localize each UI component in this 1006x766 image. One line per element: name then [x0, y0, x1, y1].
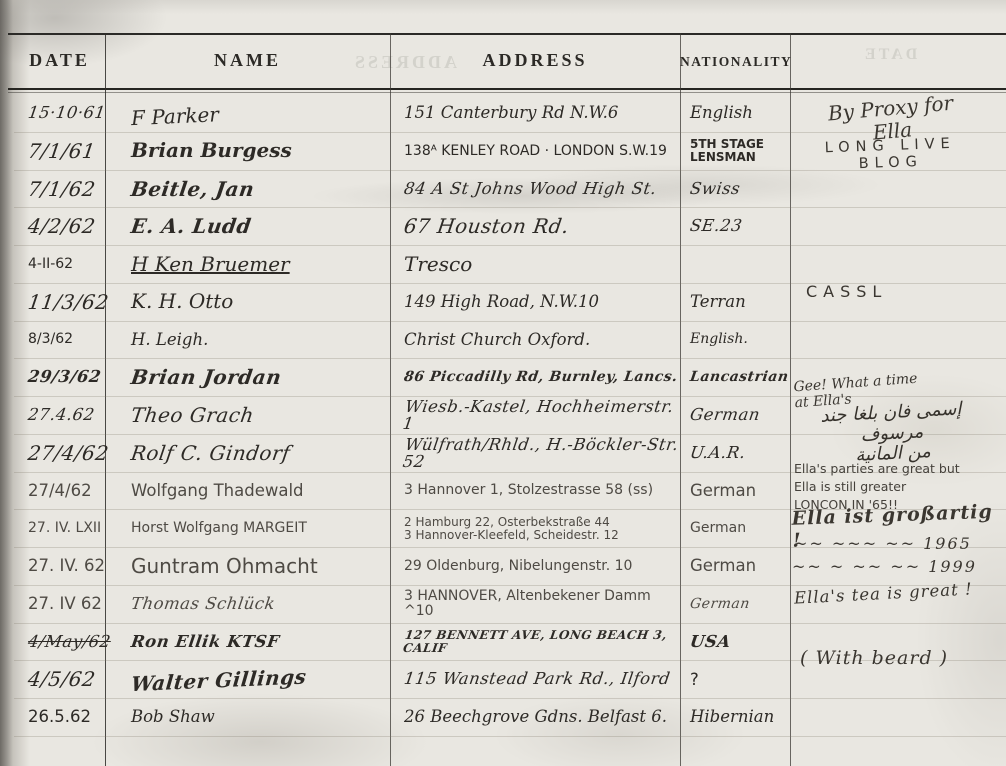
address-cell: 67 Houston Rd. — [387, 208, 682, 245]
nationality-cell: U.A.R. — [677, 435, 792, 472]
name-cell: Wolfgang Thadewald — [105, 473, 390, 510]
address-cell: 149 High Road, N.W.10 — [390, 284, 680, 321]
name-cell: F Parker — [104, 89, 390, 138]
address-cell: Wülfrath/Rhld., H.-Böckler-Str. 52 — [387, 435, 682, 472]
remark-note: LONG LIVE BLOG — [797, 135, 983, 175]
date-cell: 27. IV 62 — [14, 586, 105, 623]
name-cell: Theo Grach — [102, 397, 392, 434]
column-header-nationality: NATIONALITY — [680, 54, 790, 70]
nationality-cell: USA — [677, 624, 792, 661]
name-cell: Thomas Schlück — [102, 586, 392, 623]
date-cell: 27/4/62 — [11, 435, 107, 472]
address-cell: 26 Beechgrove Gdns. Belfast 6. — [390, 699, 680, 736]
name-cell: Walter Gillings — [103, 655, 391, 704]
table-top-rule — [8, 33, 1006, 35]
address-cell: 84 A St Johns Wood High St. — [387, 171, 682, 208]
name-cell: Ron Ellik KTSF — [102, 624, 392, 661]
remark-note: ( With beard ) — [800, 648, 948, 670]
bleedthrough-text: ADDRESS — [352, 52, 457, 73]
nationality-cell: 5TH STAGE LENSMAN — [680, 133, 790, 170]
address-cell: Wiesb.-Kastel, Hochheimerstr. 1 — [387, 397, 682, 434]
name-cell: Horst Wolfgang MARGEIT — [105, 510, 390, 547]
nationality-cell: Hibernian — [680, 699, 790, 736]
nationality-cell — [680, 246, 790, 283]
date-cell: 4/5/62 — [11, 661, 107, 698]
nationality-cell: German — [680, 510, 790, 547]
nationality-cell: English. — [680, 322, 790, 359]
table-row: 4/2/62 E. A. Ludd 67 Houston Rd. SE.23 — [14, 208, 1006, 246]
nationality-cell: German — [680, 473, 790, 510]
nationality-cell: Swiss — [677, 171, 792, 208]
date-cell: 15·10·61 — [11, 95, 107, 132]
name-cell: Guntram Ohmacht — [105, 548, 390, 585]
date-cell: 11/3/62 — [11, 284, 107, 321]
nationality-cell: English — [680, 95, 790, 132]
header-bottom-rule — [8, 88, 1006, 90]
address-cell: 86 Piccadilly Rd, Burnley, Lancs. — [387, 359, 682, 396]
name-cell: Rolf C. Gindorf — [102, 435, 392, 472]
bleedthrough-text: DATE — [862, 46, 917, 64]
table-row: 26.5.62 Bob Shaw 26 Beechgrove Gdns. Bel… — [14, 699, 1006, 737]
address-cell: Christ Church Oxford. — [390, 322, 680, 359]
name-cell: Beitle, Jan — [102, 171, 392, 208]
remark-note-illegible: ~~ ~ ~~ ~~ 1999 — [792, 558, 977, 576]
name-cell: Brian Jordan — [102, 359, 392, 396]
column-header-name: NAME — [105, 50, 390, 71]
date-cell: 8/3/62 — [14, 322, 105, 359]
name-cell: Brian Burgess — [105, 133, 390, 170]
remark-note-illegible: ~~ ~~~ ~~ 1965 — [794, 535, 972, 553]
date-cell: 27. IV. LXII — [14, 510, 105, 547]
address-cell: 115 Wanstead Park Rd., Ilford — [387, 661, 682, 698]
date-cell: 7/1/62 — [11, 171, 107, 208]
address-cell: 127 BENNETT AVE, LONG BEACH 3, CALIF — [387, 624, 682, 661]
remarks-cell — [790, 699, 1006, 736]
address-cell: 3 HANNOVER, Altenbekener Damm ^10 — [390, 586, 680, 623]
name-cell: H. Leigh. — [105, 322, 390, 359]
nationality-cell: Lancastrian — [677, 359, 792, 396]
guestbook-page: DATE NAME ADDRESS NATIONALITY ADDRESS DA… — [0, 0, 1006, 766]
remarks-cell — [790, 208, 1006, 245]
address-cell: 151 Canterbury Rd N.W.6 — [390, 95, 680, 132]
address-cell: 138ᴬ KENLEY ROAD · LONDON S.W.19 — [390, 133, 680, 170]
header-bottom-rule-thin — [8, 92, 1006, 93]
name-cell: K. H. Otto — [105, 284, 390, 321]
date-cell: 7/1/61 — [11, 133, 107, 170]
name-cell: H Ken Bruemer — [105, 246, 390, 283]
date-cell: 4-II-62 — [14, 246, 105, 283]
nationality-cell: German — [677, 586, 792, 623]
date-cell: 27. IV. 62 — [14, 548, 105, 585]
address-cell: 29 Oldenburg, Nibelungenstr. 10 — [390, 548, 680, 585]
nationality-cell: German — [677, 397, 792, 434]
address-cell: 2 Hamburg 22, Osterbekstraße 44 3 Hannov… — [390, 510, 680, 547]
date-cell: 26.5.62 — [14, 699, 105, 736]
nationality-cell: ? — [680, 661, 790, 698]
column-header-date: DATE — [14, 50, 105, 71]
name-cell: Bob Shaw — [105, 699, 390, 736]
date-cell: 29/3/62 — [11, 359, 107, 396]
name-cell: E. A. Ludd — [102, 208, 392, 245]
remarks-cell — [790, 246, 1006, 283]
table-row: 8/3/62 H. Leigh. Christ Church Oxford. E… — [14, 322, 1006, 360]
table-row: 4-II-62 H Ken Bruemer Tresco — [14, 246, 1006, 284]
table-row: 7/1/62 Beitle, Jan 84 A St Johns Wood Hi… — [14, 171, 1006, 209]
date-cell: 27.4.62 — [11, 397, 107, 434]
date-cell: 27/4/62 — [14, 473, 105, 510]
address-cell: Tresco — [390, 246, 680, 283]
address-cell: 3 Hannover 1, Stolzestrasse 58 (ss) — [390, 473, 680, 510]
nationality-cell: SE.23 — [677, 208, 792, 245]
remark-note: CASSL — [806, 283, 887, 301]
nationality-cell: Terran — [680, 284, 790, 321]
date-cell: 4/2/62 — [11, 208, 107, 245]
date-cell: 4/May/62 — [11, 624, 107, 661]
remarks-cell — [790, 322, 1006, 359]
remarks-cell — [790, 171, 1006, 208]
nationality-cell: German — [680, 548, 790, 585]
